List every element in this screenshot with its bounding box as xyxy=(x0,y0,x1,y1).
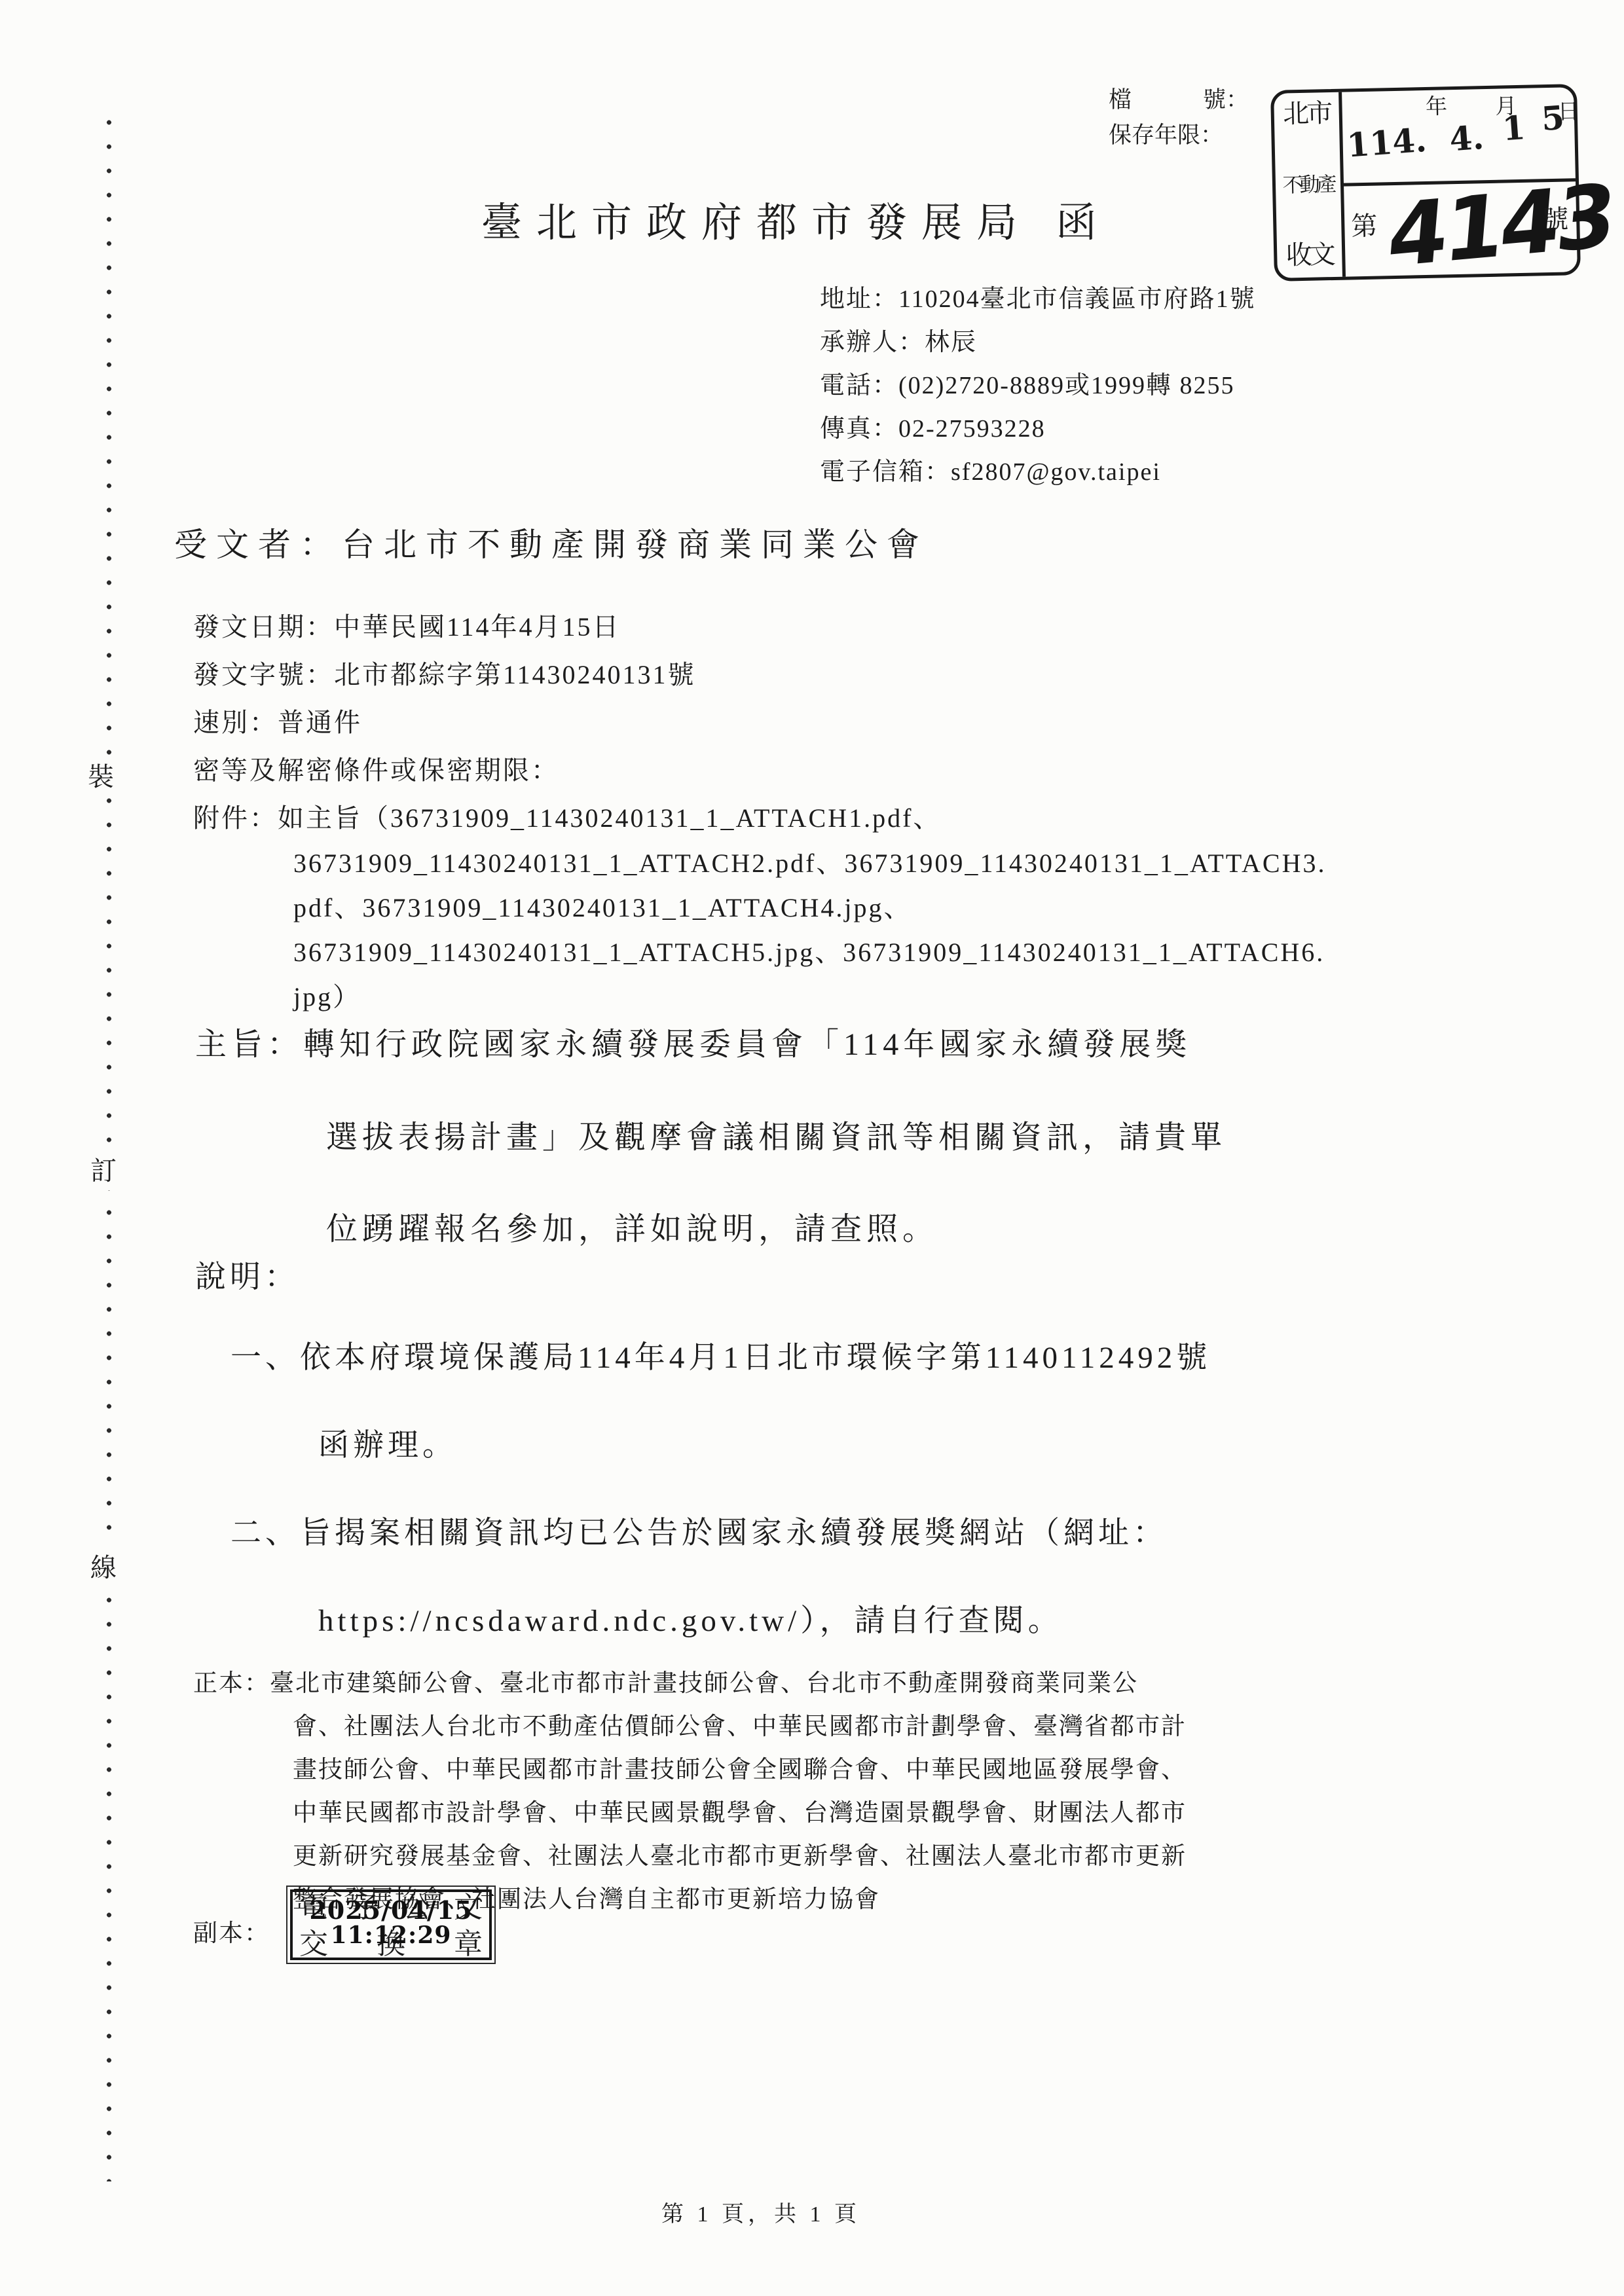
electronic-exchange-stamp-frame: 電 子 公 文 交 換 章 2025/04/15 11:12:29 xyxy=(290,1889,492,1960)
receipt-date-day-digit1: 1 xyxy=(1502,111,1526,145)
receipt-stamp-org: 北市 不動產 收文 xyxy=(1274,92,1346,278)
sender-fax: 傳真：02-27593228 xyxy=(820,407,1256,450)
sender-person: 承辦人：林辰 xyxy=(820,321,1256,364)
electronic-exchange-stamp: 電 子 公 文 交 換 章 2025/04/15 11:12:29 xyxy=(286,1886,496,1964)
explanation-item1-line1: 一、依本府環境保護局114年4月1日北市環候字第1140112492號 xyxy=(231,1333,1211,1377)
receipt-stamp-org-top: 北市 xyxy=(1283,100,1331,127)
original-copies-line-1: 正本：臺北市建築師公會、臺北市都市計畫技師公會、台北市不動產開發商業同業公 xyxy=(193,1663,1138,1698)
file-number-char: 檔 xyxy=(1109,82,1132,118)
explanation-item2-line2: https://ncsdaward.ndc.gov.tw/），請自行查閱。 xyxy=(318,1596,1063,1640)
explanation-item2-line1: 二、旨揭案相關資訊均已公告於國家永續發展獎網站（網址： xyxy=(231,1508,1168,1552)
sender-email: 電子信箱：sf2807@gov.taipei xyxy=(820,450,1256,494)
exchange-stamp-date: 2025/04/15 xyxy=(293,1897,489,1923)
sender-phone: 電話：(02)2720-8889或1999轉 8255 xyxy=(820,364,1256,407)
explanation-item1-line2: 函辦理。 xyxy=(318,1421,457,1465)
binding-mark-xian: 線 xyxy=(89,1549,118,1587)
retention-label: 保存年限： xyxy=(1109,118,1249,153)
receipt-stamp-number-row: 第 4143 號 xyxy=(1344,181,1578,277)
archive-labels: 檔 號： 保存年限： xyxy=(1109,82,1249,153)
file-number-colon: 號： xyxy=(1203,82,1249,118)
receipt-number-prefix: 第 xyxy=(1351,213,1378,240)
recipient-line: 受文者：台北市不動產開發商業同業公會 xyxy=(174,519,929,566)
receipt-date-year-label: 年 xyxy=(1426,96,1448,118)
receipt-stamp-body: 114. 年 4. 月 1 5 日 第 4143 號 xyxy=(1342,87,1578,276)
attachment-line-1: 附件：如主旨（36731909_11430240131_1_ATTACH1.pd… xyxy=(193,797,941,835)
binding-mark-ding: 訂 xyxy=(89,1152,118,1190)
explanation-heading: 說明： xyxy=(195,1252,299,1296)
exchange-stamp-datetime: 2025/04/15 11:12:29 xyxy=(293,1897,489,1948)
subject-line-1: 主旨：轉知行政院國家永續發展委員會「114年國家永續發展獎 xyxy=(195,1019,1191,1064)
receipt-stamp: 北市 不動產 收文 114. 年 4. 月 1 5 日 第 4143 號 xyxy=(1270,84,1581,282)
receipt-stamp-org-mid: 不動產 xyxy=(1282,173,1334,195)
sender-address: 地址：110204臺北市信義區市府路1號 xyxy=(820,278,1256,321)
receipt-number-handwritten: 4143 xyxy=(1385,172,1616,280)
official-letter-page: 裝 訂 線 檔 號： 保存年限： 北市 不動產 收文 114. 年 4. 月 1… xyxy=(0,0,1624,2296)
attachment-line-4: 36731909_11430240131_1_ATTACH5.jpg、36731… xyxy=(293,932,1325,969)
original-copies-line-4: 中華民國都市設計學會、中華民國景觀學會、台灣造園景觀學會、財團法人都市 xyxy=(293,1793,1187,1828)
binding-dotted-line xyxy=(106,119,112,2181)
receipt-date-month-value: 4. xyxy=(1449,121,1485,156)
attachment-line-3: pdf、36731909_11430240131_1_ATTACH4.jpg、 xyxy=(293,887,912,924)
attachment-line-5: jpg） xyxy=(293,976,361,1013)
receipt-date-year-value: 114. xyxy=(1346,124,1428,162)
attachment-line-2: 36731909_11430240131_1_ATTACH2.pdf、36731… xyxy=(293,843,1327,880)
doc-number-line: 發文字號：北市都綜字第11430240131號 xyxy=(193,654,696,691)
cc-label: 副本： xyxy=(193,1913,270,1948)
sender-contact-block: 地址：110204臺北市信義區市府路1號 承辦人：林辰 電話：(02)2720-… xyxy=(820,278,1256,494)
exchange-stamp-time: 11:12:29 xyxy=(293,1923,489,1948)
letter-title: 臺北市政府都市發展局 函 xyxy=(481,190,1111,248)
security-line: 密等及解密條件或保密期限： xyxy=(193,750,559,787)
receipt-number-suffix: 號 xyxy=(1542,206,1569,233)
original-copies-line-3: 畫技師公會、中華民國都市計畫技師公會全國聯合會、中華民國地區發展學會、 xyxy=(293,1749,1187,1785)
receipt-stamp-date-row: 114. 年 4. 月 1 5 日 xyxy=(1342,87,1576,186)
original-copies-line-5: 更新研究發展基金會、社團法人臺北市都市更新學會、社團法人臺北市都市更新 xyxy=(293,1836,1187,1871)
original-copies-line-2: 會、社團法人台北市不動產估價師公會、中華民國都市計劃學會、臺灣省都市計 xyxy=(293,1706,1187,1741)
speed-line: 速別：普通件 xyxy=(193,702,362,739)
receipt-date-day-label: 日 xyxy=(1557,101,1579,124)
subject-line-3: 位踴躍報名參加，詳如說明，請查照。 xyxy=(326,1203,938,1248)
page-number-footer: 第 1 頁，共 1 頁 xyxy=(661,2196,860,2228)
issue-date-line: 發文日期：中華民國114年4月15日 xyxy=(193,606,621,644)
file-number-label: 檔 號： xyxy=(1109,82,1249,118)
receipt-stamp-org-bottom: 收文 xyxy=(1285,242,1333,268)
subject-line-2: 選拔表揚計畫」及觀摩會議相關資訊等相關資訊，請貴單 xyxy=(326,1112,1227,1157)
binding-mark-zhuang: 裝 xyxy=(86,758,115,796)
